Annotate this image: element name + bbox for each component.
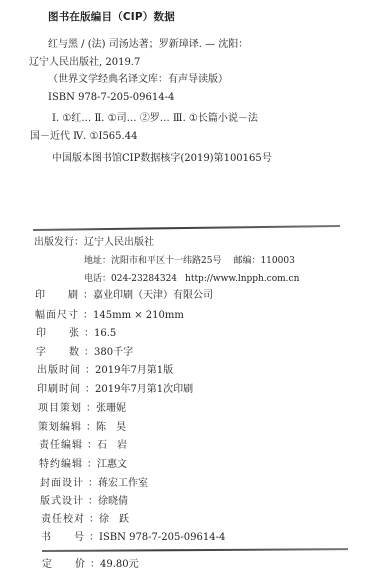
imprint-row-proofreader: 责任校对：徐 跃 [41,515,129,525]
imprint-row-print-date: 印刷时间：2019年7月第1次印刷 [37,385,193,395]
publisher-address: 地址：沈阳市和平区十一纬路25号 [84,256,221,266]
imprint-label: 出版发行 [34,238,74,248]
cip-line-isbn: ISBN 978-7-205-09614-4 [48,93,174,103]
cip-line-title-author: 红与黑 / (法) 司汤达著；罗新璋译. — 沈阳： [48,40,248,50]
publisher-postcode: 邮编：110003 [233,256,294,266]
imprint-row-isbn: 书号：ISBN 978-7-205-09614-4 [41,533,225,543]
cip-line-classification: Ⅰ. ①红… Ⅱ. ①司… ②罗… Ⅲ. ①长篇小说－法 [52,114,258,124]
imprint-row-edition-date: 出版时间：2019年7月第1版 [37,366,173,376]
divider-bottom [42,548,348,551]
publisher-website[interactable]: http://www.lnpph.com.cn [185,274,299,284]
price-value: 49.80元 [100,560,139,570]
imprint-row-sheets: 印张：16.5 [36,329,116,339]
imprint-row-project-planner: 项目策划：张珊妮 [38,404,126,414]
imprint-row-responsible-editor: 责任编辑：石 岩 [39,441,127,451]
imprint-row-format: 幅面尺寸：145mm × 210mm [35,311,184,321]
imprint-row-price: 定价：49.80元 [42,560,139,570]
imprint-row-printer: 印刷：嘉业印刷（天津）有限公司 [35,291,213,301]
imprint-row-layout-design: 版式设计：徐晓倩 [40,497,128,507]
divider-top [33,225,340,231]
cip-line-series: （世界文学经典名译文库：有声导读版） [48,75,228,85]
cip-line-classification-cont: 国－近代 Ⅳ. ①I565.44 [30,132,137,142]
publisher-address-line: 地址：沈阳市和平区十一纬路25号邮编：110003 [84,257,295,266]
imprint-row-planning-editor: 策划编辑：陈 昊 [38,423,126,433]
cip-line-publisher: 辽宁人民出版社, 2019.7 [29,58,140,68]
imprint-row-word-count: 字数：380千字 [36,348,133,358]
cip-verification-number: 中国版本图书馆CIP数据核字(2019)第100165号 [52,154,272,164]
publisher-contact-line: 电话：024-23284324http://www.lnpph.com.cn [84,275,299,284]
imprint-row-cover-design: 封面设计：蒋宏工作室 [40,479,148,489]
imprint-row-publisher: 出版发行 ： 辽宁人民出版社 [34,238,154,248]
cip-heading: 图书在版编目（CIP）数据 [48,12,175,23]
publisher-phone: 电话：024-23284324 [84,274,177,284]
copyright-page: 图书在版编目（CIP）数据 红与黑 / (法) 司汤达著；罗新璋译. — 沈阳：… [0,0,375,574]
imprint-row-special-editor: 特约编辑：江惠文 [39,460,127,470]
publisher-name: 辽宁人民出版社 [84,238,154,248]
